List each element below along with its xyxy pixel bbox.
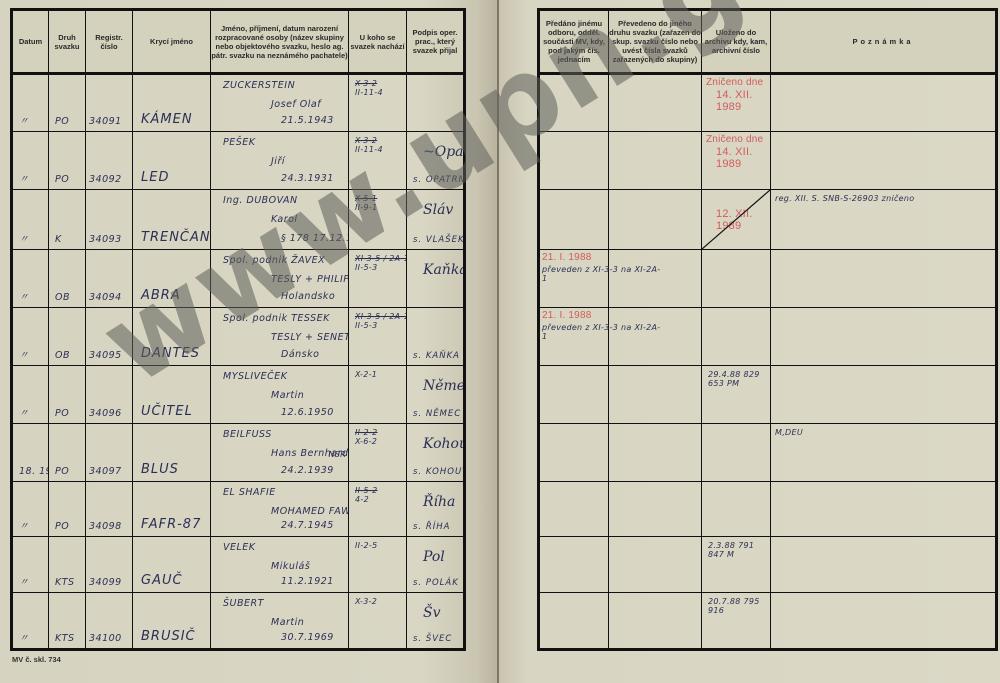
header-signature: Podpis oper. prac., který svazek přijal <box>407 10 465 74</box>
signature-scribble: ~Opatrný <box>423 144 465 160</box>
reg-cell: 34100 <box>86 593 133 650</box>
ulozeno-cell: 20.7.88 795 916 <box>702 593 771 650</box>
kryci-cell: LED <box>133 132 211 190</box>
destroyed-stamp: Zničeno dne14. XII. 1989 <box>706 77 770 113</box>
kryci-value: KÁMEN <box>141 112 193 127</box>
signature-scribble: Němec <box>423 378 465 394</box>
poznamka-value: M,DEU <box>775 428 975 437</box>
person-line-3: 30.7.1969 <box>281 632 334 643</box>
prevedeno-cell <box>609 190 702 250</box>
ledger-row: 18. 1987PO34097BLUSBEILFUSSHans Bernhard… <box>12 424 465 482</box>
person-line-2: Martin <box>271 617 304 628</box>
druh-cell: K <box>49 190 86 250</box>
reg-cell: 34099 <box>86 537 133 593</box>
druh-value: PO <box>55 466 69 477</box>
ledger-row: 21. I. 1988převeden z XI-3-3 na XI-2A-1 <box>539 250 997 308</box>
ledger-row: 12. XII. 1989reg. XII. S. SNB-S-26903 zn… <box>539 190 997 250</box>
datum-cell: 〃 <box>12 132 49 190</box>
kryci-value: ABRA <box>141 288 181 303</box>
person-line-1: Spol. podnik TESSEK <box>223 313 330 324</box>
person-line-1: Ing. DUBOVAN <box>223 195 298 206</box>
header-prevedeno: Převedeno do jiného druhu svazku (zařaze… <box>609 10 702 74</box>
destroyed-stamp: Zničeno dne14. XII. 1989 <box>706 134 770 170</box>
ulozeno-cell: Zničeno dne14. XII. 1989 <box>702 132 771 190</box>
predano-cell: 21. I. 1988převeden z XI-3-3 na XI-2A-1 <box>539 308 609 366</box>
signature-scribble: Šv <box>423 605 441 621</box>
person-cell: ŠUBERTMartin30.7.1969 <box>211 593 349 650</box>
location-cell: X-3-2II-11-4 <box>349 132 407 190</box>
signature-name: s. NĚMEC <box>413 409 461 419</box>
right-header-row: Předáno jinému odboru, odděl. součásti M… <box>539 10 997 74</box>
ledger-row: 〃K34093TRENČANIng. DUBOVANKarol§ 178 17.… <box>12 190 465 250</box>
datum-value: 〃 <box>19 171 29 185</box>
reg-value: 34096 <box>89 408 122 419</box>
header-druh-svazku: Druh svazku <box>49 10 86 74</box>
poznamka-cell: M,DEU <box>771 424 997 482</box>
reg-cell: 34094 <box>86 250 133 308</box>
signature-scribble: Sláv <box>423 202 453 218</box>
location-struck: XI-3-5 / 2A-1 <box>355 312 407 321</box>
location-value: II-5-3 <box>355 321 407 330</box>
person-cell: MYSLIVEČEKMartin12.6.1950 <box>211 366 349 424</box>
predano-cell <box>539 366 609 424</box>
signature-cell: Slávs. VLAŠEK <box>407 190 465 250</box>
ledger-row: 〃KTS34099GAUČVELEKMikuláš11.2.1921II-2-5… <box>12 537 465 593</box>
ledger-row <box>539 482 997 537</box>
prevedeno-cell <box>609 250 702 308</box>
person-cell: PEŠEKJiří24.3.1931 <box>211 132 349 190</box>
poznamka-cell <box>771 593 997 650</box>
person-line-1: Spol. podnik ŽAVEX <box>223 255 325 266</box>
druh-cell: OB <box>49 250 86 308</box>
poznamka-cell <box>771 74 997 132</box>
predano-cell <box>539 190 609 250</box>
person-line-2: TESLY + PHILIPS <box>271 274 349 285</box>
person-line-3: § 178 17.12.1953 <box>281 233 349 244</box>
person-cell: Spol. podnik TESSEKTESLY + SENETEKDánsko <box>211 308 349 366</box>
left-header-row: Datum Druh svazku Registr. číslo Krycí j… <box>12 10 465 74</box>
location-value: II-2-5 <box>355 541 377 550</box>
archive-value: 2.3.88 791 847 M <box>708 541 770 559</box>
person-line-3: 21.5.1943 <box>281 115 334 126</box>
location-value: II-9-1 <box>355 203 377 212</box>
datum-value: 〃 <box>19 518 29 532</box>
predano-cell <box>539 482 609 537</box>
signature-cell: s. KAŇKA <box>407 308 465 366</box>
kryci-value: FAFR-87 <box>141 517 201 532</box>
signature-cell: Němecs. NĚMEC <box>407 366 465 424</box>
kryci-value: BRUSIČ <box>141 629 196 644</box>
druh-value: PO <box>55 174 69 185</box>
predano-cell: 21. I. 1988převeden z XI-3-3 na XI-2A-1 <box>539 250 609 308</box>
kryci-cell: ABRA <box>133 250 211 308</box>
reg-value: 34100 <box>89 633 122 644</box>
ledger-row: Zničeno dne14. XII. 1989 <box>539 74 997 132</box>
datum-cell: 〃 <box>12 74 49 132</box>
signature-cell: Pols. POLÁK <box>407 537 465 593</box>
person-line-1: EL SHAFIE <box>223 487 276 498</box>
reg-value: 34094 <box>89 292 122 303</box>
ulozeno-cell: 12. XII. 1989 <box>702 190 771 250</box>
datum-value: 〃 <box>19 405 29 419</box>
ulozeno-cell <box>702 308 771 366</box>
datum-cell: 18. 1987 <box>12 424 49 482</box>
datum-value: 〃 <box>19 113 29 127</box>
predano-cell <box>539 74 609 132</box>
location-value: X-3-2 <box>355 597 377 606</box>
person-cell: VELEKMikuláš11.2.1921 <box>211 537 349 593</box>
ledger-row: 〃PO34096UČITELMYSLIVEČEKMartin12.6.1950X… <box>12 366 465 424</box>
ledger-row: 〃OB34095DANTESSpol. podnik TESSEKTESLY +… <box>12 308 465 366</box>
location-cell: XI-3-5 / 2A-1II-5-3 <box>349 250 407 308</box>
kryci-cell: TRENČAN <box>133 190 211 250</box>
reg-cell: 34091 <box>86 74 133 132</box>
predano-cell <box>539 537 609 593</box>
predano-cell <box>539 593 609 650</box>
datum-value: 〃 <box>19 630 29 644</box>
reg-cell: 34095 <box>86 308 133 366</box>
location-cell: X-5-1II-9-1 <box>349 190 407 250</box>
ledger-row: 〃OB34094ABRASpol. podnik ŽAVEXTESLY + PH… <box>12 250 465 308</box>
person-line-3: 24.7.1945 <box>281 520 334 531</box>
poznamka-cell <box>771 537 997 593</box>
druh-cell: PO <box>49 424 86 482</box>
signature-scribble: Říha <box>423 494 455 510</box>
ledger-row: 〃PO34098FAFR-87EL SHAFIEMOHAMED FAWZI24.… <box>12 482 465 537</box>
location-cell: II-2-2X-6-2 <box>349 424 407 482</box>
druh-cell: PO <box>49 132 86 190</box>
datum-value: 〃 <box>19 289 29 303</box>
person-line-2: MOHAMED FAWZI <box>271 506 349 517</box>
poznamka-cell <box>771 366 997 424</box>
reg-value: 34092 <box>89 174 122 185</box>
prevedeno-cell <box>609 132 702 190</box>
person-line-2: Karol <box>271 214 298 225</box>
signature-name: s. KOHOUT <box>413 467 465 477</box>
reg-cell: 34092 <box>86 132 133 190</box>
datum-cell: 〃 <box>12 190 49 250</box>
person-line-3: 11.2.1921 <box>281 576 334 587</box>
person-line-2: Martin <box>271 390 304 401</box>
location-cell: X-3-2 <box>349 593 407 650</box>
diagonal-strike <box>702 190 770 249</box>
druh-value: K <box>55 234 62 245</box>
reg-cell: 34097 <box>86 424 133 482</box>
prevedeno-cell <box>609 593 702 650</box>
ulozeno-cell: 2.3.88 791 847 M <box>702 537 771 593</box>
reg-value: 34091 <box>89 116 122 127</box>
datum-value: 〃 <box>19 347 29 361</box>
ledger-row: Zničeno dne14. XII. 1989 <box>539 132 997 190</box>
person-cell: ZUCKERSTEINJosef Olaf21.5.1943 <box>211 74 349 132</box>
druh-cell: OB <box>49 308 86 366</box>
location-cell: II-2-5 <box>349 537 407 593</box>
reg-value: 34098 <box>89 521 122 532</box>
signature-name: s. KAŇKA <box>413 351 460 361</box>
stamp-date: 14. XII. 1989 <box>706 89 770 113</box>
location-cell: X-3-2II-11-4 <box>349 74 407 132</box>
header-ulozeno: Uloženo do archivu kdy, kam, archivní čí… <box>702 10 771 74</box>
druh-value: OB <box>55 350 70 361</box>
poznamka-cell: reg. XII. S. SNB-S-26903 zničeno <box>771 190 997 250</box>
transfer-stamp: 21. I. 1988 <box>542 310 591 322</box>
location-struck: X-5-1 <box>355 194 377 203</box>
kryci-cell: BRUSIČ <box>133 593 211 650</box>
ulozeno-cell: 29.4.88 829 653 PM <box>702 366 771 424</box>
location-value: II-11-4 <box>355 145 383 154</box>
kryci-value: LED <box>141 170 169 185</box>
archive-value: 29.4.88 829 653 PM <box>708 370 770 388</box>
signature-cell: Říhas. ŘÍHA <box>407 482 465 537</box>
druh-cell: KTS <box>49 593 86 650</box>
kryci-value: UČITEL <box>141 404 193 419</box>
book-gutter <box>497 0 499 683</box>
druh-cell: PO <box>49 74 86 132</box>
kryci-value: GAUČ <box>141 573 183 588</box>
poznamka-cell <box>771 250 997 308</box>
ulozeno-cell <box>702 424 771 482</box>
person-cell: EL SHAFIEMOHAMED FAWZI24.7.1945 <box>211 482 349 537</box>
druh-value: KTS <box>55 633 75 644</box>
druh-cell: KTS <box>49 537 86 593</box>
druh-cell: PO <box>49 366 86 424</box>
location-cell: XI-3-5 / 2A-1II-5-3 <box>349 308 407 366</box>
signature-name: s. OPATRNÝ <box>413 175 465 185</box>
signature-scribble: Kaňka <box>423 262 465 278</box>
reg-cell: 34093 <box>86 190 133 250</box>
ledger-row: 〃KTS34100BRUSIČŠUBERTMartin30.7.1969X-3-… <box>12 593 465 650</box>
datum-value: 18. 1987 <box>19 466 49 477</box>
location-cell: II-5-24-2 <box>349 482 407 537</box>
person-line-3: 24.3.1931 <box>281 173 334 184</box>
reg-value: 34093 <box>89 234 122 245</box>
ulozeno-cell: Zničeno dne14. XII. 1989 <box>702 74 771 132</box>
kryci-cell: FAFR-87 <box>133 482 211 537</box>
location-struck: II-2-2 <box>355 428 377 437</box>
person-line-1: MYSLIVEČEK <box>223 371 288 382</box>
reg-value: 34099 <box>89 577 122 588</box>
predano-cell <box>539 424 609 482</box>
person-line-1: PEŠEK <box>223 137 256 148</box>
person-cell: BEILFUSSHans Bernhard24.2.1939NSR <box>211 424 349 482</box>
prevedeno-cell <box>609 482 702 537</box>
reg-value: 34095 <box>89 350 122 361</box>
location-struck: X-3-2 <box>355 136 383 145</box>
stamp-date: 14. XII. 1989 <box>706 146 770 170</box>
kryci-cell: UČITEL <box>133 366 211 424</box>
kryci-cell: KÁMEN <box>133 74 211 132</box>
druh-value: PO <box>55 116 69 127</box>
ledger-row: M,DEU <box>539 424 997 482</box>
person-line-3: Holandsko <box>281 291 335 302</box>
datum-cell: 〃 <box>12 593 49 650</box>
ledger-row: 29.4.88 829 653 PM <box>539 366 997 424</box>
signature-name: s. ŠVEC <box>413 634 452 644</box>
signature-cell <box>407 74 465 132</box>
ledger-row: 2.3.88 791 847 M <box>539 537 997 593</box>
location-value: X-2-1 <box>355 370 377 379</box>
signature-scribble: Pol <box>423 549 445 565</box>
druh-value: OB <box>55 292 70 303</box>
poznamka-value: reg. XII. S. SNB-S-26903 zničeno <box>775 194 975 203</box>
signature-name: s. VLAŠEK <box>413 235 465 245</box>
person-cell: Ing. DUBOVANKarol§ 178 17.12.1953 <box>211 190 349 250</box>
person-line-2: Jiří <box>271 156 285 167</box>
kryci-cell: DANTES <box>133 308 211 366</box>
druh-value: KTS <box>55 577 75 588</box>
prevedeno-cell <box>609 308 702 366</box>
stamp-label: Zničeno dne <box>706 77 770 89</box>
location-value: II-11-4 <box>355 88 383 97</box>
left-ledger-table: Datum Druh svazku Registr. číslo Krycí j… <box>10 8 466 651</box>
ledger-row: 21. I. 1988převeden z XI-3-3 na XI-2A-1 <box>539 308 997 366</box>
person-line-3: 24.2.1939 <box>281 465 334 476</box>
datum-cell: 〃 <box>12 308 49 366</box>
location-value: 4-2 <box>355 495 377 504</box>
datum-cell: 〃 <box>12 366 49 424</box>
person-note: NSR <box>328 450 346 459</box>
reg-cell: 34098 <box>86 482 133 537</box>
datum-value: 〃 <box>19 574 29 588</box>
prevedeno-cell <box>609 424 702 482</box>
signature-scribble: Kohout <box>423 436 465 452</box>
ulozeno-cell <box>702 482 771 537</box>
poznamka-cell <box>771 482 997 537</box>
header-person: Jméno, příjmení, datum narození rozpraco… <box>211 10 349 74</box>
person-line-1: ZUCKERSTEIN <box>223 80 295 91</box>
prevedeno-cell <box>609 366 702 424</box>
location-struck: XI-3-5 / 2A-1 <box>355 254 407 263</box>
ulozeno-cell <box>702 250 771 308</box>
druh-cell: PO <box>49 482 86 537</box>
person-line-2: Mikuláš <box>271 561 310 572</box>
location-value: X-6-2 <box>355 437 377 446</box>
datum-cell: 〃 <box>12 537 49 593</box>
header-kryci-jmeno: Krycí jméno <box>133 10 211 74</box>
form-code: MV č. skl. 734 <box>12 655 61 664</box>
signature-cell: Švs. ŠVEC <box>407 593 465 650</box>
datum-value: 〃 <box>19 231 29 245</box>
kryci-cell: BLUS <box>133 424 211 482</box>
reg-cell: 34096 <box>86 366 133 424</box>
prevedeno-cell <box>609 537 702 593</box>
kryci-cell: GAUČ <box>133 537 211 593</box>
poznamka-cell <box>771 132 997 190</box>
druh-value: PO <box>55 521 69 532</box>
kryci-value: DANTES <box>141 346 200 361</box>
person-line-3: Dánsko <box>281 349 319 360</box>
kryci-value: TRENČAN <box>141 230 211 245</box>
header-predano: Předáno jinému odboru, odděl. součásti M… <box>539 10 609 74</box>
ledger-row: 〃PO34092LEDPEŠEKJiří24.3.1931X-3-2II-11-… <box>12 132 465 190</box>
right-ledger-table: Předáno jinému odboru, odděl. součásti M… <box>537 8 998 651</box>
person-line-1: BEILFUSS <box>223 429 272 440</box>
person-line-3: 12.6.1950 <box>281 407 334 418</box>
header-location: U koho se svazek nachází <box>349 10 407 74</box>
header-registr-cislo: Registr. číslo <box>86 10 133 74</box>
person-line-1: VELEK <box>223 542 256 553</box>
archive-value: 20.7.88 795 916 <box>708 597 770 615</box>
kryci-value: BLUS <box>141 462 179 477</box>
person-line-2: Josef Olaf <box>271 99 321 110</box>
reg-value: 34097 <box>89 466 122 477</box>
ledger-row: 〃PO34091KÁMENZUCKERSTEINJosef Olaf21.5.1… <box>12 74 465 132</box>
signature-cell: Kohouts. KOHOUT <box>407 424 465 482</box>
poznamka-cell <box>771 308 997 366</box>
person-line-1: ŠUBERT <box>223 598 264 609</box>
person-cell: Spol. podnik ŽAVEXTESLY + PHILIPSHolands… <box>211 250 349 308</box>
person-line-2: TESLY + SENETEK <box>271 332 349 343</box>
signature-cell: Kaňka <box>407 250 465 308</box>
druh-value: PO <box>55 408 69 419</box>
location-value: II-5-3 <box>355 263 407 272</box>
prevedeno-cell <box>609 74 702 132</box>
location-struck: II-5-2 <box>355 486 377 495</box>
signature-name: s. POLÁK <box>413 578 459 588</box>
stamp-label: Zničeno dne <box>706 134 770 146</box>
signature-name: s. ŘÍHA <box>413 522 450 532</box>
datum-cell: 〃 <box>12 482 49 537</box>
header-poznamka: Poznámka <box>771 10 997 74</box>
header-datum: Datum <box>12 10 49 74</box>
datum-cell: 〃 <box>12 250 49 308</box>
location-struck: X-3-2 <box>355 79 383 88</box>
location-cell: X-2-1 <box>349 366 407 424</box>
ledger-row: 20.7.88 795 916 <box>539 593 997 650</box>
transfer-stamp: 21. I. 1988 <box>542 252 591 264</box>
predano-cell <box>539 132 609 190</box>
signature-cell: ~Opatrnýs. OPATRNÝ <box>407 132 465 190</box>
